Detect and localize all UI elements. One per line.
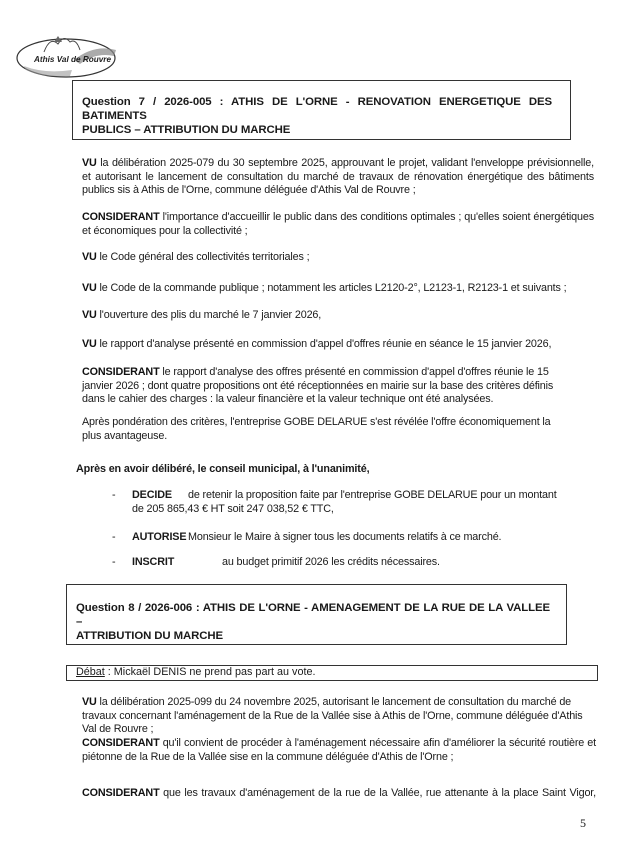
list-dash: - (112, 556, 115, 570)
q8-paragraph-vu-deliberation: VU la délibération 2025-099 du 24 novemb… (82, 696, 596, 737)
debat-label: Débat (76, 666, 105, 678)
q8-paragraph-considerant-securite: CONSIDERANT qu'il convient de procéder à… (82, 737, 596, 764)
list-dash: - (112, 531, 115, 545)
svg-text:Athis Val de Rouvre: Athis Val de Rouvre (33, 55, 111, 64)
list-dash: - (112, 489, 115, 503)
q7-paragraph-vu-rapport: VU le rapport d'analyse présenté en comm… (82, 338, 602, 352)
debat-text: : Mickaël DENIS ne prend pas part au vot… (105, 666, 316, 678)
municipality-logo: Athis Val de Rouvre (14, 30, 124, 82)
q8-paragraph-considerant-travaux: CONSIDERANT que les travaux d'aménagemen… (82, 787, 596, 801)
q7-paragraph-vu-cgct: VU le Code général des collectivités ter… (82, 251, 594, 265)
q7-paragraph-vu-deliberation: VU la délibération 2025-079 du 30 septem… (82, 157, 594, 198)
q7-paragraph-ponderation: Après pondération des critères, l'entrep… (82, 416, 572, 443)
debat-note-box: Débat : Mickaël DENIS ne prend pas part … (66, 665, 598, 681)
question-7-title-line-1: Question 7 / 2026-005 : ATHIS DE L'ORNE … (82, 95, 552, 123)
question-8-title-box: Question 8 / 2026-006 : ATHIS DE L'ORNE … (66, 584, 567, 645)
question-8-title-line-2: ATTRIBUTION DU MARCHE (76, 629, 566, 643)
question-7-title-line-2: PUBLICS – ATTRIBUTION DU MARCHE (82, 123, 570, 137)
q7-paragraph-considerant-accueil: CONSIDERANT l'importance d'accueillir le… (82, 211, 594, 238)
q7-paragraph-vu-ouverture: VU l'ouverture des plis du marché le 7 j… (82, 309, 594, 323)
q7-deliberation-statement: Après en avoir délibéré, le conseil muni… (76, 463, 596, 477)
page-number: 5 (580, 816, 586, 831)
q7-decisions-list: - DECIDE de retenir la proposition faite… (112, 489, 592, 579)
q7-paragraph-vu-code-commande: VU le Code de la commande publique ; not… (82, 282, 602, 296)
question-7-title-box: Question 7 / 2026-005 : ATHIS DE L'ORNE … (72, 80, 571, 140)
question-8-title-line-1: Question 8 / 2026-006 : ATHIS DE L'ORNE … (76, 601, 550, 629)
q7-paragraph-considerant-rapport: CONSIDERANT le rapport d'analyse des off… (82, 366, 576, 407)
logo-emblem-icon: Athis Val de Rouvre (14, 30, 124, 82)
